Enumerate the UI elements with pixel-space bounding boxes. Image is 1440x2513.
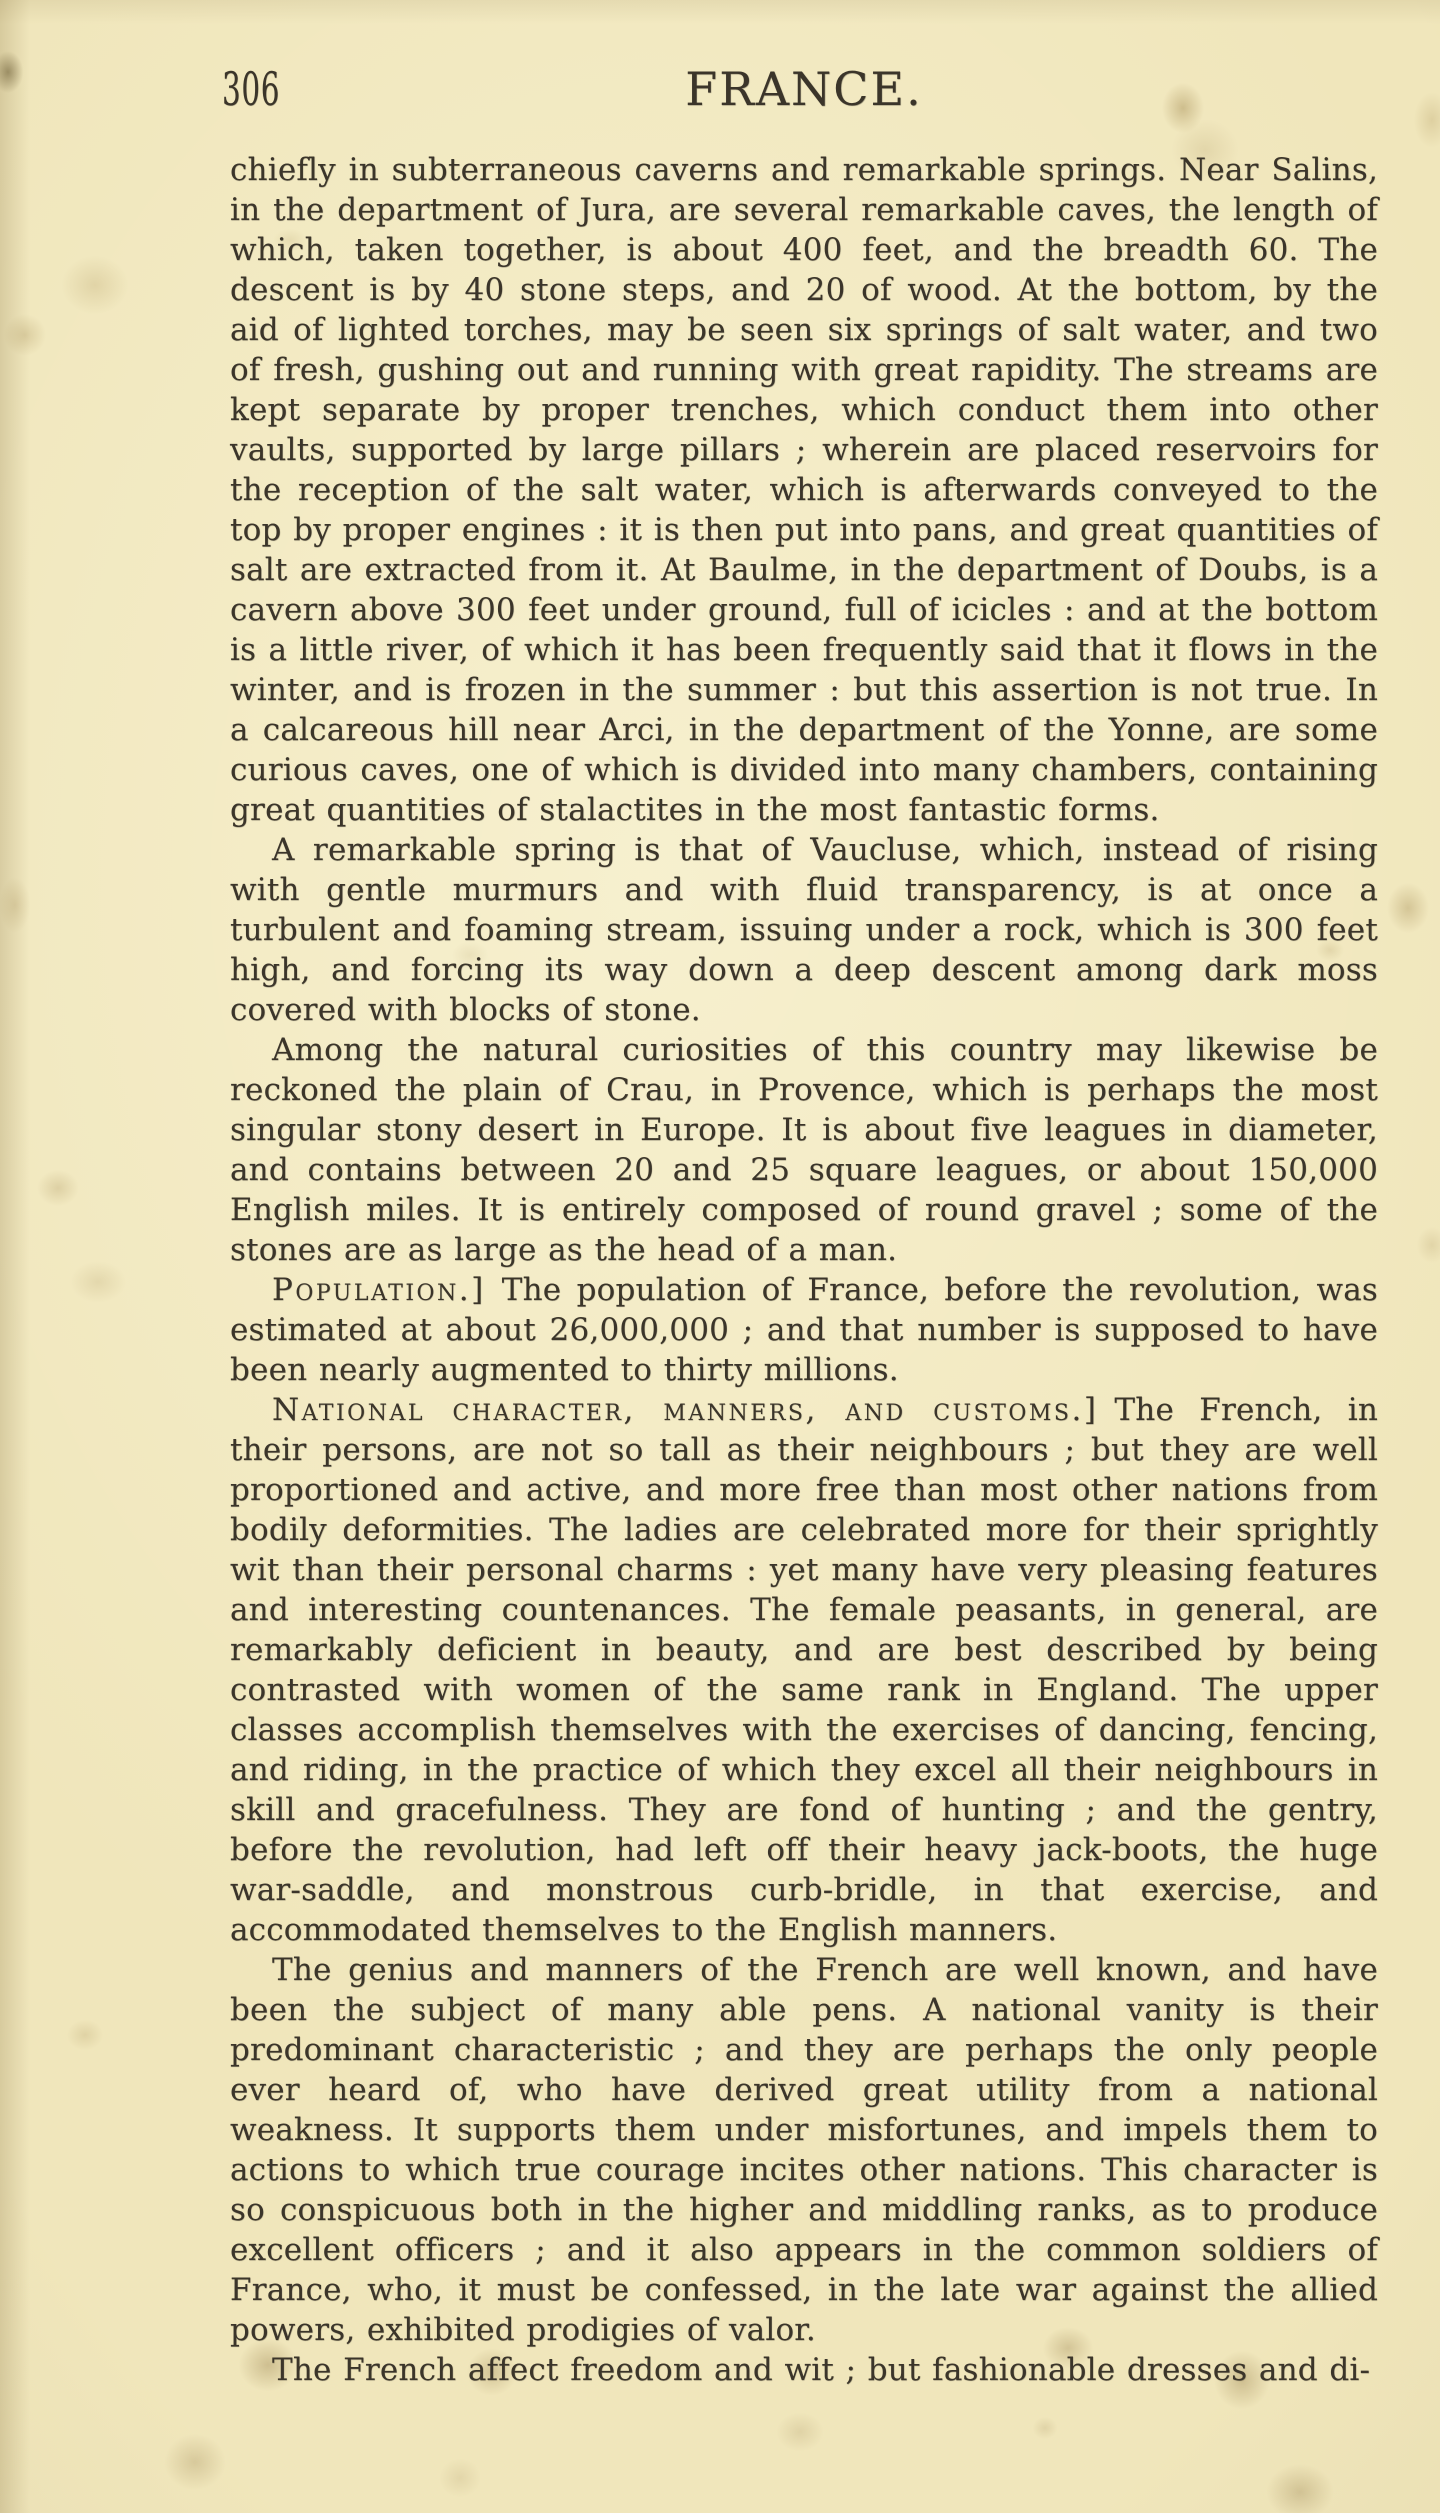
paragraph-national-character: National character, manners, and customs… [230,1390,1378,1950]
running-title: FRANCE. [230,66,1378,112]
page-header: 306 FRANCE. [230,66,1378,118]
paragraph-population: Population.]The population of France, be… [230,1270,1378,1390]
text-block: chiefly in subterraneous caverns and rem… [230,150,1378,2390]
book-page: 306 FRANCE. chiefly in subterraneous cav… [0,0,1440,2513]
paragraph-crau: Among the natural curiosities of this co… [230,1030,1378,1270]
paragraph-caverns: chiefly in subterraneous caverns and rem… [230,150,1378,830]
section-heading-population: Population.] [272,1272,502,1308]
paragraph-genius-manners: The genius and manners of the French are… [230,1950,1378,2350]
paragraph-freedom-wit: The French affect freedom and wit ; but … [230,2350,1378,2390]
section-heading-national-character: National character, manners, and customs… [272,1392,1114,1428]
paragraph-national-character-text: The French, in their persons, are not so… [230,1392,1378,1948]
paragraph-vaucluse: A remarkable spring is that of Vaucluse,… [230,830,1378,1030]
